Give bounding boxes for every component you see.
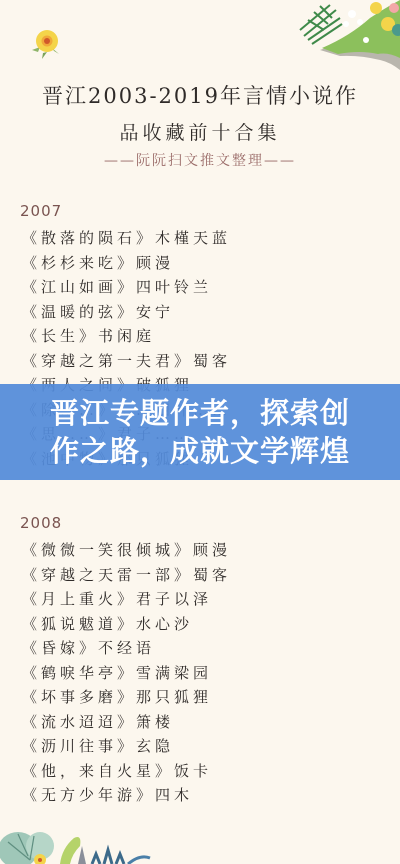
list-item: 《温暖的弦》安宁 bbox=[22, 300, 231, 325]
list-item: 《杉杉来吃》顾漫 bbox=[22, 251, 231, 276]
list-item: 《穿越之第一夫君》蜀客 bbox=[22, 349, 231, 374]
list-item: 《沥川往事》玄隐 bbox=[22, 734, 231, 759]
page-title-line2: 品收藏前十合集 bbox=[0, 118, 400, 145]
list-item: 《狐说魃道》水心沙 bbox=[22, 612, 231, 637]
floral-decoration-top bbox=[290, 0, 400, 70]
list-item: 《无方少年游》四木 bbox=[22, 783, 231, 808]
banner-headline-line1: 晋江专题作者，探索创 bbox=[50, 394, 350, 432]
list-item: 《流水迢迢》箫楼 bbox=[22, 710, 231, 735]
list-item: 《穿越之天雷一部》蜀客 bbox=[22, 563, 231, 588]
list-item: 《他，来自火星》饭卡 bbox=[22, 759, 231, 784]
year-heading-2007: 2007 bbox=[20, 202, 62, 220]
list-item: 《江山如画》四叶铃兰 bbox=[22, 275, 231, 300]
page-subtitle: ——阮阮扫文推文整理—— bbox=[0, 150, 400, 170]
list-item: 《微微一笑很倾城》顾漫 bbox=[22, 538, 231, 563]
floral-decoration-bottom bbox=[0, 820, 160, 864]
list-item: 《昏嫁》不经语 bbox=[22, 636, 231, 661]
poster-page: 晋江2003-2019年言情小说作 品收藏前十合集 ——阮阮扫文推文整理—— 2… bbox=[0, 0, 400, 864]
year-heading-2008: 2008 bbox=[20, 514, 62, 532]
banner-headline-line2: 作之路，成就文学辉煌 bbox=[50, 432, 350, 470]
list-item: 《鹤唳华亭》雪满梁园 bbox=[22, 661, 231, 686]
book-list-2008: 《微微一笑很倾城》顾漫 《穿越之天雷一部》蜀客 《月上重火》君子以泽 《狐说魃道… bbox=[22, 538, 231, 808]
page-title: 晋江2003-2019年言情小说作 bbox=[0, 80, 400, 110]
sunflower-icon bbox=[30, 26, 64, 60]
list-item: 《月上重火》君子以泽 bbox=[22, 587, 231, 612]
headline-banner: 晋江专题作者，探索创 作之路，成就文学辉煌 bbox=[0, 384, 400, 480]
list-item: 《散落的陨石》木槿天蓝 bbox=[22, 226, 231, 251]
list-item: 《长生》书闲庭 bbox=[22, 324, 231, 349]
list-item: 《坏事多磨》那只狐狸 bbox=[22, 685, 231, 710]
